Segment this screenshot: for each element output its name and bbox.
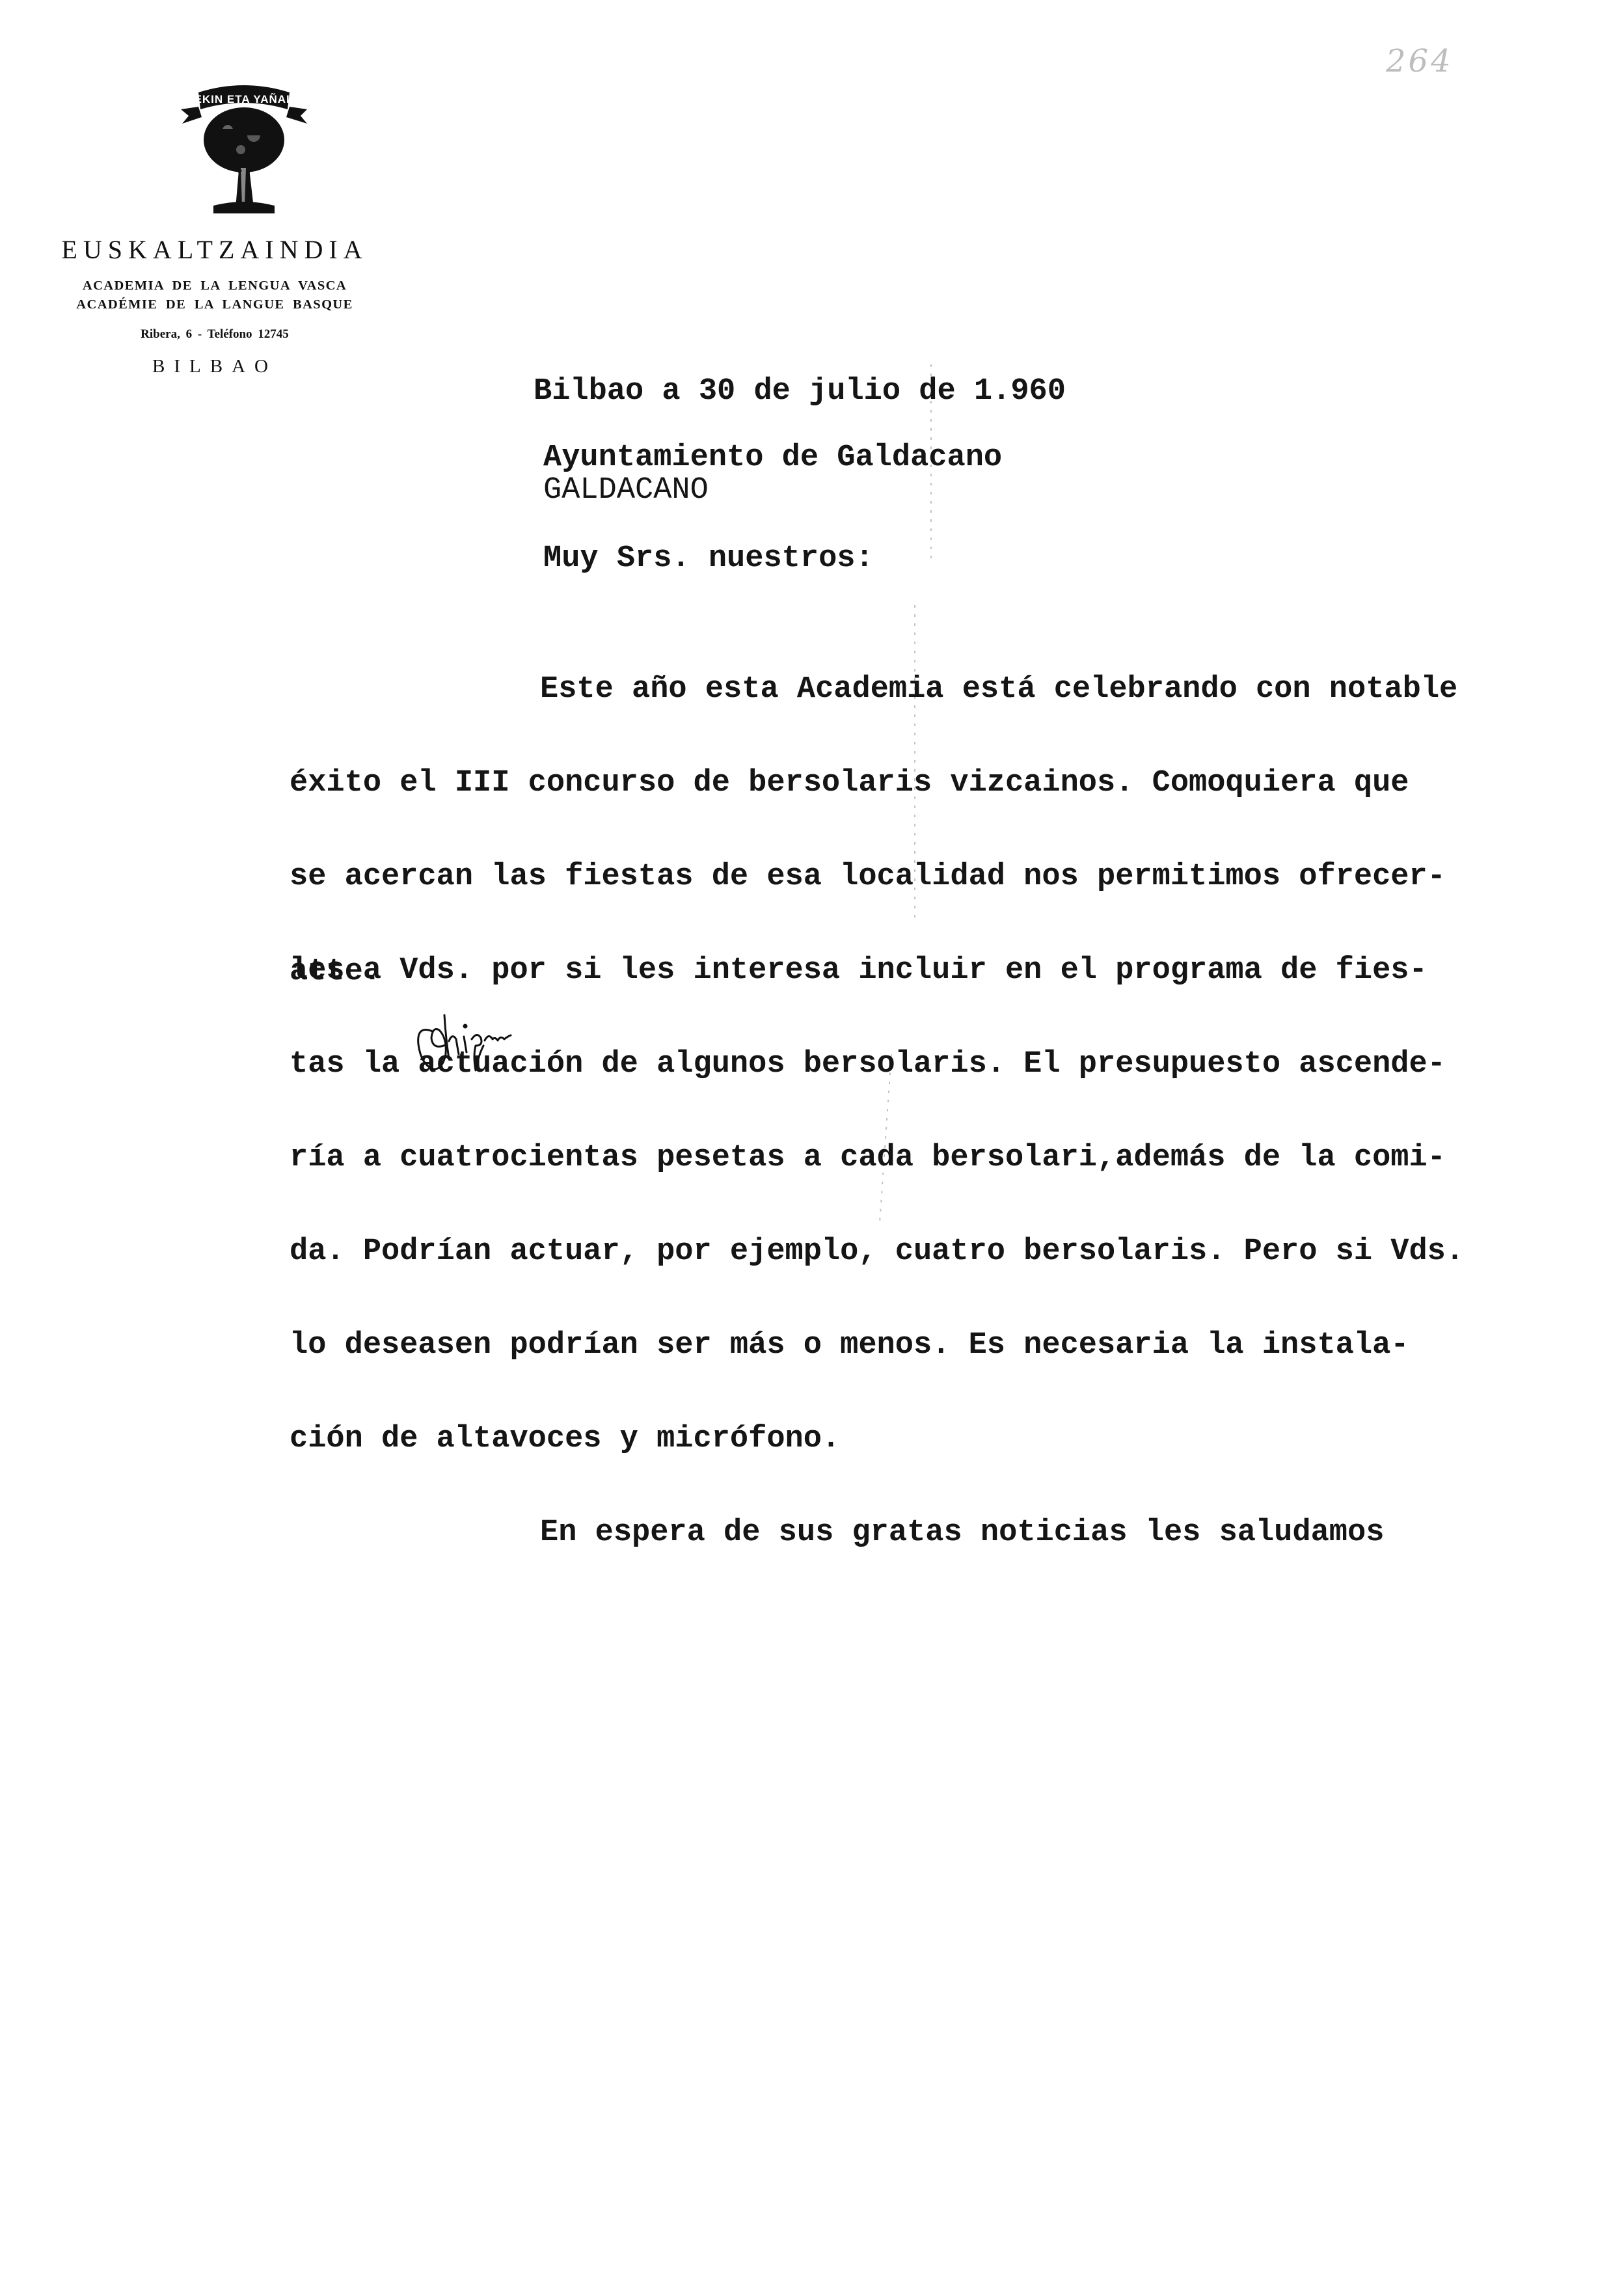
body-line: les a Vds. por si les interesa incluir e… [290, 955, 1464, 986]
letterhead-address: Ribera, 6 - Teléfono 12745 [39, 327, 390, 342]
body-line: éxito el III concurso de bersolaris vizc… [290, 768, 1464, 799]
body-line: Este año esta Academia está celebrando c… [290, 674, 1464, 705]
recipient-line-1: Ayuntamiento de Galdacano [543, 442, 1002, 474]
body-line: lo deseasen podrían ser más o menos. Es … [290, 1330, 1464, 1361]
logo-motto: EKIN ETA YAÑAL [195, 92, 294, 105]
body-line: ría a cuatrocientas pesetas a cada berso… [290, 1143, 1464, 1174]
handwritten-signature-icon [413, 992, 517, 1074]
signature [413, 992, 517, 1074]
salutation: Muy Srs. nuestros: [543, 543, 874, 575]
letter-date: Bilbao a 30 de julio de 1.960 [534, 376, 1066, 407]
academy-logo: EKIN ETA YAÑAL [163, 52, 325, 215]
subtitle-spanish: ACADEMIA DE LA LENGUA VASCA [39, 278, 390, 293]
oak-tree-with-ribbon-icon: EKIN ETA YAÑAL [163, 52, 325, 215]
body-line: se acercan las fiestas de esa localidad … [290, 862, 1464, 893]
organization-name: EUSKALTZAINDIA [39, 234, 390, 265]
archive-number: 264 [1386, 43, 1454, 79]
subtitle-french: ACADÉMIE DE LA LANGUE BASQUE [39, 297, 390, 312]
recipient-line-2: GALDACANO [543, 475, 709, 506]
body-line: da. Podrían actuar, por ejemplo, cuatro … [290, 1236, 1464, 1268]
closing: atte. [290, 957, 381, 988]
letterhead-city: BILBAO [39, 356, 390, 377]
letter-body: Este año esta Academia está celebrando c… [290, 612, 1464, 1580]
body-line: En espera de sus gratas noticias les sal… [290, 1517, 1464, 1549]
body-line: ción de altavoces y micrófono. [290, 1424, 1464, 1455]
